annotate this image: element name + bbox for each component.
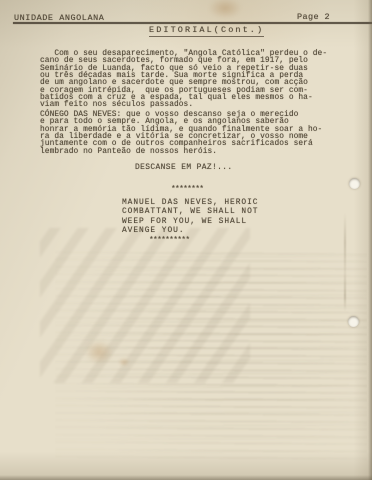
page-edge-right <box>368 0 372 480</box>
scanned-document-page: UNIDADE ANGOLANA Page 2 EDITORIAL(Cont.)… <box>0 0 372 480</box>
asterisk-separator-top: ******** <box>171 185 203 194</box>
paper-stain-top <box>203 0 247 22</box>
punch-hole-top <box>349 178 360 189</box>
editorial-title: EDITORIAL(Cont.) <box>149 25 264 37</box>
paper-crease <box>344 213 346 311</box>
editorial-closing-line: DESCANSE EM PAZ!... <box>135 163 233 172</box>
paper-stain-small <box>116 356 132 368</box>
editorial-paragraph-2: CÓNEGO DAS NEVES: que o vosso descanso s… <box>40 111 322 155</box>
editorial-paragraph-1: Com o seu desaparecimento, "Angola Catól… <box>40 50 327 109</box>
paper-stain-bottom <box>80 336 118 368</box>
diagonal-watermark <box>40 228 250 383</box>
header-rule <box>13 22 372 24</box>
page-number: Page 2 <box>297 12 330 22</box>
page-edge-bottom <box>0 475 372 480</box>
punch-hole-bottom <box>348 316 359 327</box>
